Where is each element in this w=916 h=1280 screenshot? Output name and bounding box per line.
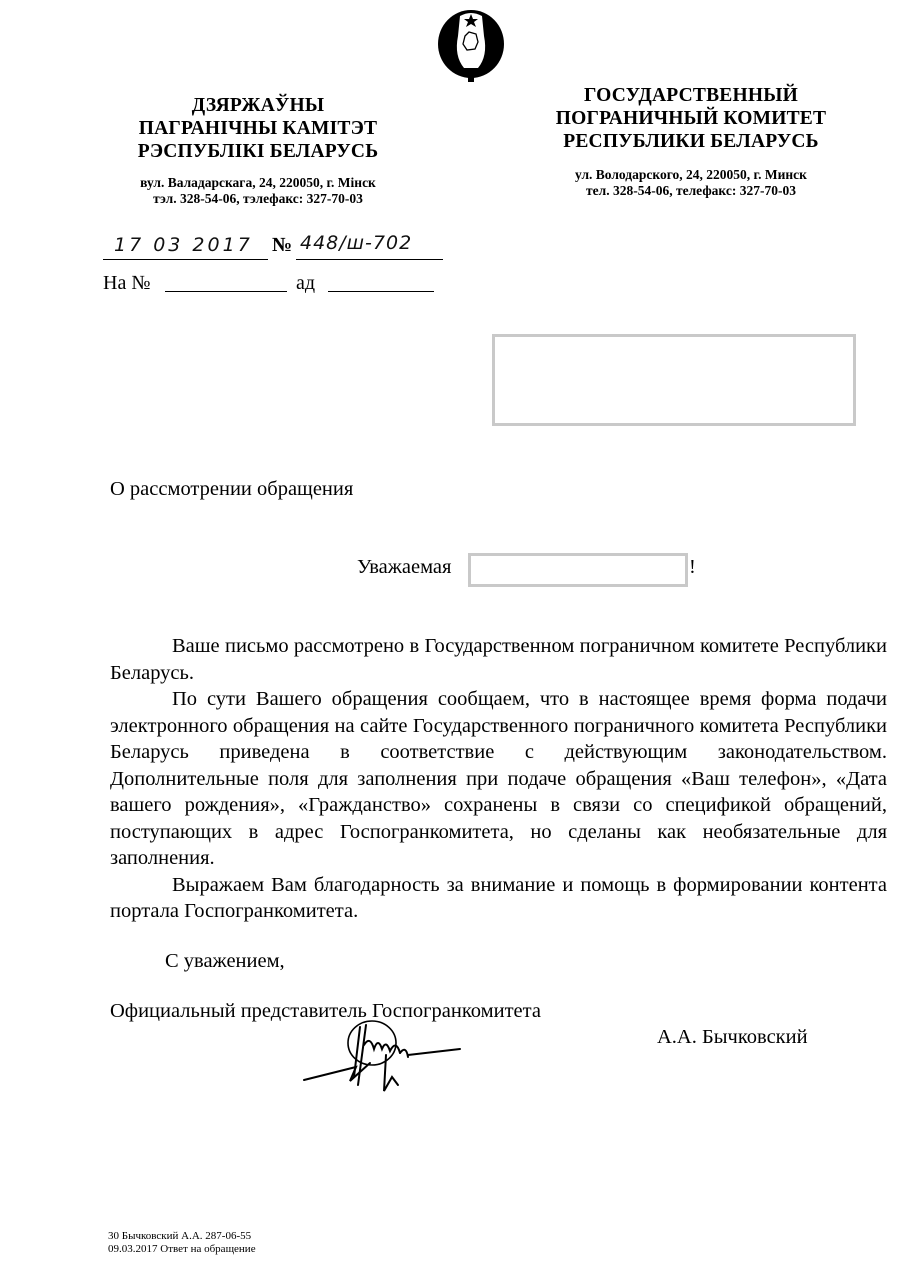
footer-executor: 30 Бычковский А.А. 287-06-55 09.03.2017 … <box>108 1230 256 1256</box>
phones-ru: тел. 328-54-06, телефакс: 327-70-03 <box>532 183 850 199</box>
address-by: вул. Валадарскага, 24, 220050, г. Мінск <box>108 175 408 191</box>
footer-line-2: 09.03.2017 Ответ на обращение <box>108 1243 256 1256</box>
paragraph-2: По сути Вашего обращения сообщаем, что в… <box>110 686 887 872</box>
org-name-ru-line-1: ГОСУДАРСТВЕННЫЙ <box>532 84 850 107</box>
org-name-by-line-3: РЭСПУБЛІКІ БЕЛАРУСЬ <box>108 140 408 163</box>
salutation-suffix: ! <box>689 556 696 579</box>
org-name-ru-line-3: РЕСПУБЛИКИ БЕЛАРУСЬ <box>532 130 850 153</box>
letter-body: Ваше письмо рассмотрено в Государственно… <box>110 633 887 925</box>
reply-to-underline <box>165 291 287 292</box>
date-underline <box>103 259 268 260</box>
from-label: ад <box>296 272 315 295</box>
registration-number: 448/ш-702 <box>300 232 412 254</box>
recipient-address-redacted <box>492 334 856 426</box>
recipient-name-redacted <box>468 553 688 587</box>
header-belarusian: ДЗЯРЖАЎНЫ ПАГРАНІЧНЫ КАМІТЭТ РЭСПУБЛІКІ … <box>108 94 408 207</box>
closing: С уважением, <box>165 950 285 973</box>
address-ru: ул. Володарского, 24, 220050, г. Минск <box>532 167 850 183</box>
number-underline <box>296 259 443 260</box>
signatory-name: А.А. Бычковский <box>657 1026 808 1049</box>
state-emblem-icon <box>432 6 510 84</box>
footer-line-1: 30 Бычковский А.А. 287-06-55 <box>108 1230 256 1243</box>
registration-date: 17 03 2017 <box>114 234 253 256</box>
org-name-by-line-2: ПАГРАНІЧНЫ КАМІТЭТ <box>108 117 408 140</box>
number-label: № <box>272 234 292 257</box>
subject-line: О рассмотрении обращения <box>110 478 353 501</box>
phones-by: тэл. 328-54-06, тэлефакс: 327-70-03 <box>108 191 408 207</box>
paragraph-3: Выражаем Вам благодарность за внимание и… <box>110 872 887 925</box>
salutation-prefix: Уважаемая <box>357 556 451 579</box>
header-russian: ГОСУДАРСТВЕННЫЙ ПОГРАНИЧНЫЙ КОМИТЕТ РЕСП… <box>532 84 850 199</box>
from-underline <box>328 291 434 292</box>
reply-to-label: На № <box>103 272 150 295</box>
handwritten-signature-icon <box>300 1015 490 1095</box>
org-name-by-line-1: ДЗЯРЖАЎНЫ <box>108 94 408 117</box>
paragraph-1: Ваше письмо рассмотрено в Государственно… <box>110 633 887 686</box>
org-name-ru-line-2: ПОГРАНИЧНЫЙ КОМИТЕТ <box>532 107 850 130</box>
